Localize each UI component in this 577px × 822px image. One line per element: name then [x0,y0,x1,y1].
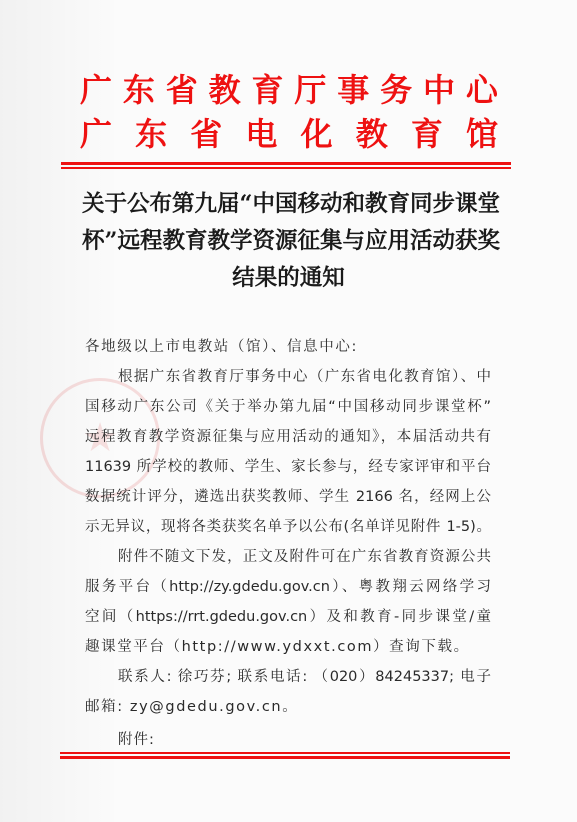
paragraph-2-line: 附件不随文下发，正文及附件可在广东省教育资源公共 [118,547,491,567]
document-title-line-2: 杯”远程教育教学资源征集与应用活动获奖 [82,223,496,260]
letterhead-char: 东 [135,116,167,152]
document-title-line-3: 结果的通知 [0,260,577,297]
letterhead-char: 厅 [294,72,326,108]
letterhead-char: 化 [301,116,333,152]
paragraph-2-line: 空间（https://rrt.gdedu.gov.cn）及和教育-同步课堂/童 [85,607,491,627]
letterhead-char: 广 [80,72,112,108]
paragraph-1-line: 数据统计评分，遴选出获奖教师、学生 2166 名，经网上公 [85,487,491,507]
paragraph-1-line: 远程教育教学资源征集与应用活动的通知》，本届活动共有 [85,427,491,447]
paragraph-2-line: 趣课堂平台（http://www.ydxxt.com）查询下载。 [85,637,491,657]
paragraph-1-line: 示无异议，现将各类获奖名单予以公布(名单详见附件 1-5)。 [85,517,491,537]
letterhead-char: 育 [411,116,443,152]
letterhead-char: 广 [80,116,112,152]
letterhead-char: 事 [337,72,369,108]
letterhead-char: 教 [356,116,388,152]
document-page: ★ 广 东 省 教 育 厅 事 务 中 心 广 东 省 电 化 教 育 馆 关于… [0,0,577,822]
attachments-label: 附件: [118,730,524,750]
footer-divider-thin [60,752,510,754]
letterhead-char: 中 [423,72,455,108]
letterhead-divider-thin [61,167,511,169]
salutation: 各地级以上市电教站（馆）、信息中心: [85,337,491,357]
letterhead-org-2: 广 东 省 电 化 教 育 馆 [80,116,498,152]
letterhead-char: 省 [190,116,222,152]
letterhead-org-1: 广 东 省 教 育 厅 事 务 中 心 [80,72,498,108]
letterhead-char: 心 [466,72,498,108]
footer-divider-thick [60,756,510,759]
paragraph-1-line: 根据广东省教育厅事务中心（广东省电化教育馆）、中 [118,367,491,387]
email-line: 邮箱: zy@gdedu.gov.cn。 [85,697,491,717]
letterhead-char: 馆 [466,116,498,152]
contact-line: 联系人: 徐巧芬; 联系电话: （020）84245337; 电子 [118,667,491,687]
letterhead-divider-thick [61,162,511,165]
letterhead-char: 务 [380,72,412,108]
paragraph-1-line: 国移动广东公司《关于举办第九届“中国移动同步课堂杯” [85,397,491,417]
paragraph-1-line: 11639 所学校的教师、学生、家长参与，经专家评审和平台 [85,457,491,477]
paragraph-2-line: 服务平台（http://zy.gdedu.gov.cn）、粤教翔云网络学习 [85,577,491,597]
letterhead-char: 育 [252,72,284,108]
document-title-line-1: 关于公布第九届“中国移动和教育同步课堂 [82,186,496,223]
letterhead-char: 东 [123,72,155,108]
letterhead-char: 省 [166,72,198,108]
letterhead-char: 电 [245,116,277,152]
letterhead-char: 教 [209,72,241,108]
